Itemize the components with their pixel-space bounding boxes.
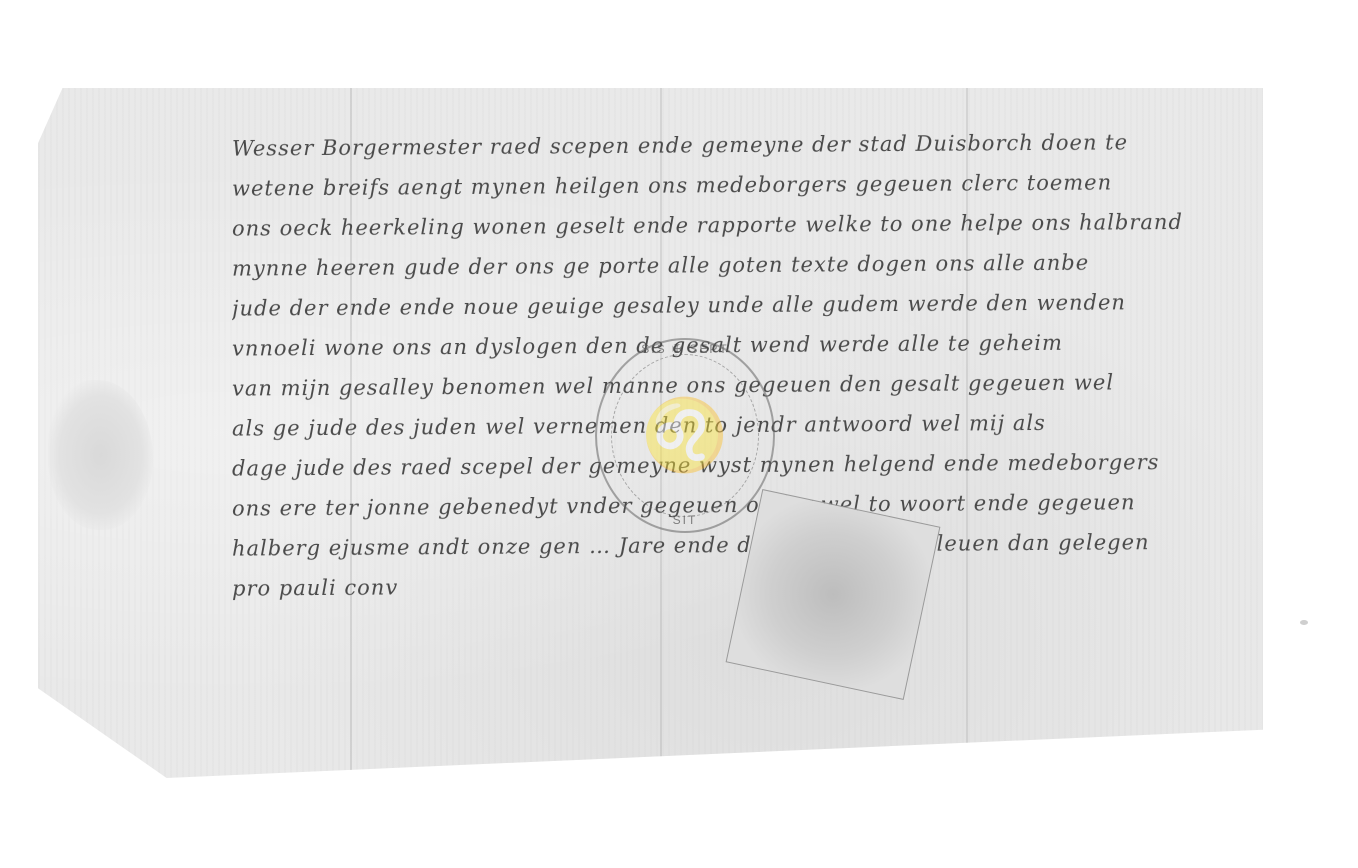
archive-stamp: SIS ✠ SEPT ♌ SIT <box>595 338 775 533</box>
lion-emblem-icon: ♌ <box>641 395 728 477</box>
seal-patch <box>726 489 941 700</box>
speck <box>1300 620 1308 625</box>
stamp-legend-bottom: SIT <box>597 513 773 527</box>
